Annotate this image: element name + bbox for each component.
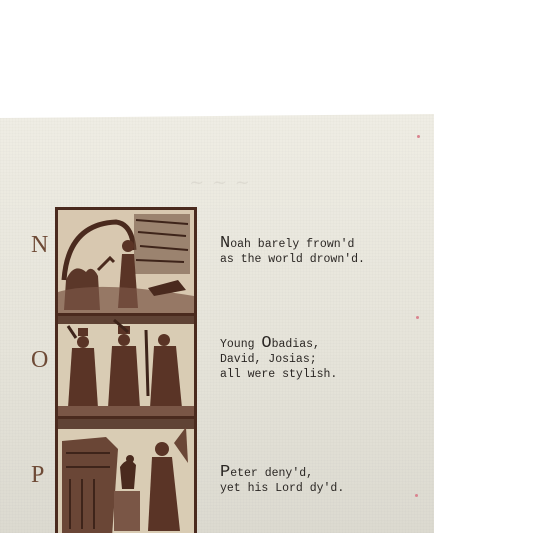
verse-p-line1: eter deny'd, [230, 467, 313, 480]
verse-n-line1: oah barely frown'd [230, 238, 354, 251]
verse-n-initial: N [220, 234, 230, 253]
woodcut-panel-kings [58, 316, 194, 419]
paper-speck [416, 316, 419, 319]
verse-o-line2: David, Josias; [220, 353, 317, 366]
verse-o-line1: badias, [272, 338, 320, 351]
verse-p-initial: P [220, 463, 230, 482]
woodcut-illustration-column [55, 207, 197, 533]
verse-n: Noah barely frown'd as the world drown'd… [220, 236, 365, 267]
letter-initial-n: N [31, 232, 48, 259]
paper-speck [417, 135, 420, 138]
verse-p: Peter deny'd, yet his Lord dy'd. [220, 465, 344, 496]
three-kings-scene-icon [58, 316, 194, 416]
woodcut-panel-peter [58, 419, 194, 533]
letter-initial-p: P [31, 462, 44, 489]
verse-o: Young Obadias, David, Josias; all were s… [220, 336, 337, 382]
verse-o-initial: O [261, 334, 271, 353]
peter-rooster-scene-icon [58, 419, 194, 533]
paper-speck [415, 494, 418, 497]
paper-page: ~ ~ ~ N O P [0, 114, 434, 533]
faint-bleedthrough-heading: ~ ~ ~ [55, 172, 385, 193]
verse-n-line2: as the world drown'd. [220, 253, 365, 266]
verse-o-prefix: Young [220, 338, 261, 351]
letter-initial-o: O [31, 347, 48, 374]
verse-p-line2: yet his Lord dy'd. [220, 482, 344, 495]
noah-ark-scene-icon [58, 210, 194, 313]
woodcut-panel-noah [58, 210, 194, 316]
verse-o-line3: all were stylish. [220, 368, 337, 381]
